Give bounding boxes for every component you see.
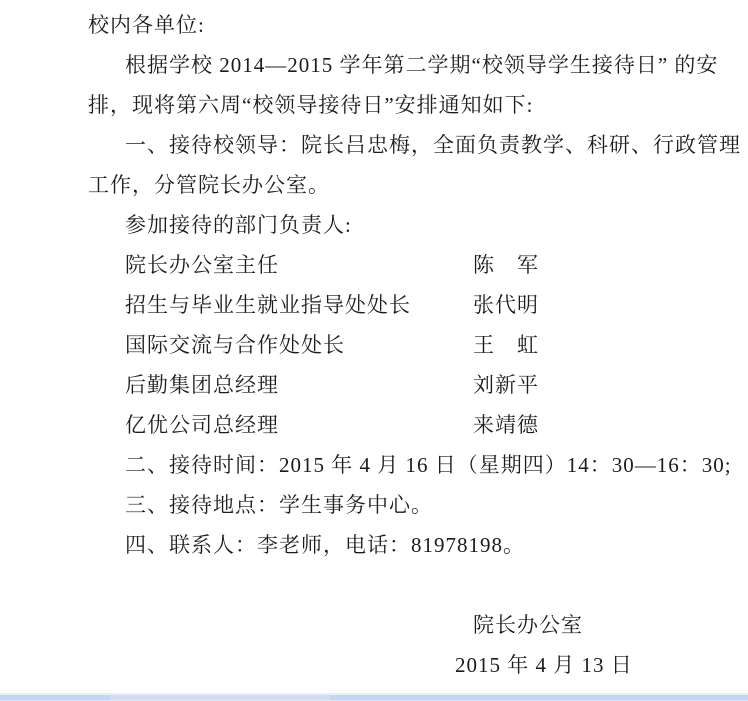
participant-title: 后勤集团总经理 (125, 373, 279, 397)
item1-reception-leader-line-1: 一、接待校领导：院长吕忠梅，全面负责教学、科研、行政管理 (88, 125, 708, 165)
signature-office: 院长办公室 (473, 605, 708, 645)
participants-heading: 参加接待的部门负责人: (88, 205, 708, 245)
participant-title: 招生与毕业生就业指导处处长 (125, 293, 411, 317)
participant-title: 院长办公室主任 (125, 253, 279, 277)
participant-row: 后勤集团总经理刘新平 (88, 365, 708, 405)
participant-title: 国际交流与合作处处长 (125, 333, 345, 357)
participant-row: 国际交流与合作处处长王 虹 (88, 325, 708, 365)
participant-row: 招生与毕业生就业指导处处长张代明 (88, 285, 708, 325)
blank-line (88, 565, 708, 605)
intro-line-1: 根据学校 2014—2015 学年第二学期“校领导学生接待日” 的安 (88, 45, 708, 85)
item4-contact: 四、联系人：李老师，电话：81978198。 (88, 525, 708, 565)
item1-reception-leader-line-2: 工作，分管院长办公室。 (88, 165, 708, 205)
participant-title: 亿优公司总经理 (125, 413, 279, 437)
horizontal-scrollbar[interactable] (0, 693, 748, 701)
participant-name: 来靖德 (473, 405, 539, 445)
item2-reception-time: 二、接待时间：2015 年 4 月 16 日（星期四）14：30—16：30; (88, 445, 708, 485)
participants-list: 院长办公室主任陈 军招生与毕业生就业指导处处长张代明国际交流与合作处处长王 虹后… (88, 245, 708, 445)
participant-name: 陈 军 (473, 245, 539, 285)
intro-line-2: 排，现将第六周“校领导接待日”安排通知如下: (88, 85, 708, 125)
scrollbar-thumb[interactable] (110, 695, 330, 700)
participant-name: 张代明 (473, 285, 539, 325)
participant-name: 王 虹 (473, 325, 539, 365)
participant-row: 院长办公室主任陈 军 (88, 245, 708, 285)
salutation: 校内各单位: (88, 5, 708, 45)
document-page: 校内各单位: 根据学校 2014—2015 学年第二学期“校领导学生接待日” 的… (0, 0, 748, 685)
signature-date: 2015 年 4 月 13 日 (455, 645, 708, 685)
participant-name: 刘新平 (473, 365, 539, 405)
participant-row: 亿优公司总经理来靖德 (88, 405, 708, 445)
item3-reception-place: 三、接待地点：学生事务中心。 (88, 485, 708, 525)
